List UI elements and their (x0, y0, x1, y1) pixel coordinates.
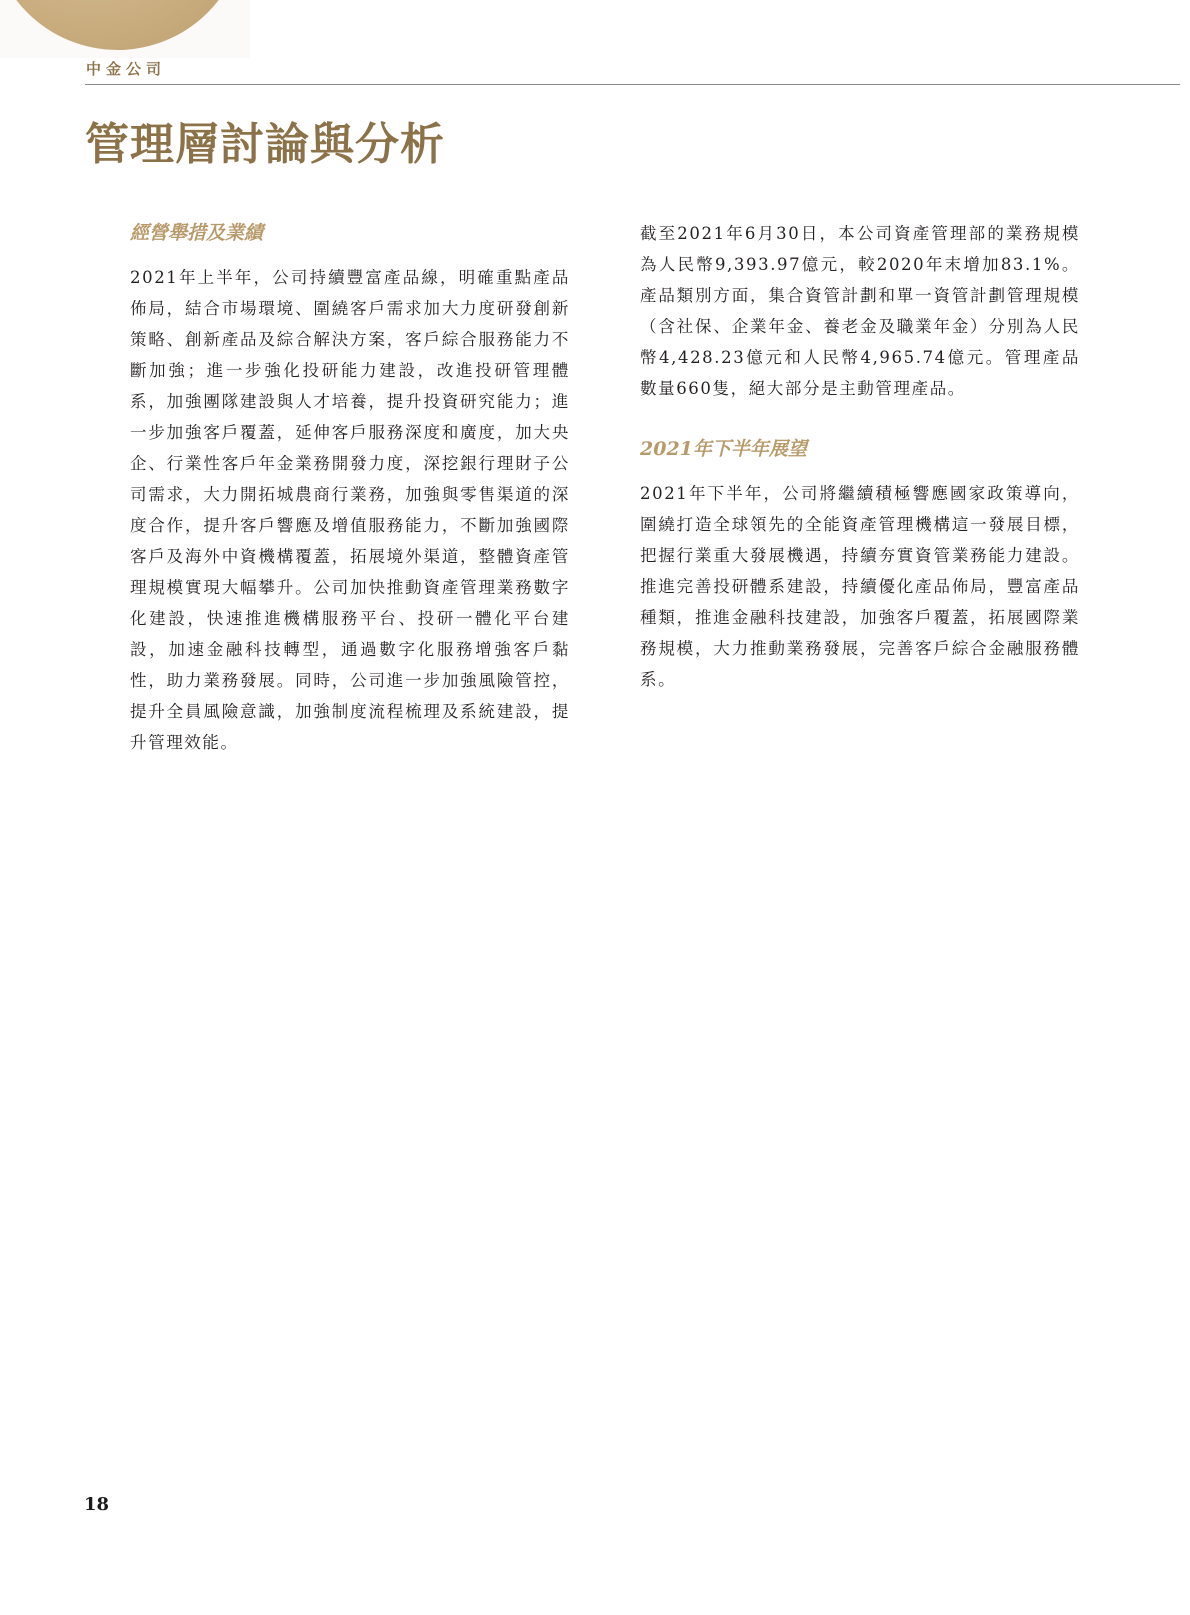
company-name: 中金公司 (86, 58, 166, 79)
section-heading-outlook: 2021年下半年展望 (640, 434, 1080, 464)
left-column: 經營舉措及業績 2021年上半年，公司持續豐富產品線，明確重點產品佈局，結合市場… (130, 218, 570, 758)
page-number: 18 (84, 1494, 109, 1515)
right-column: 截至2021年6月30日，本公司資產管理部的業務規模為人民幣9,393.97億元… (640, 218, 1080, 695)
header-divider (85, 84, 1180, 85)
page-title: 管理層討論與分析 (85, 108, 445, 172)
aum-paragraph: 截至2021年6月30日，本公司資產管理部的業務規模為人民幣9,393.97億元… (640, 218, 1080, 404)
section-spacer (640, 404, 1080, 434)
section-heading-operations: 經營舉措及業績 (130, 218, 570, 248)
outlook-paragraph: 2021年下半年，公司將繼續積極響應國家政策導向，圍繞打造全球領先的全能資產管理… (640, 478, 1080, 695)
operations-paragraph: 2021年上半年，公司持續豐富產品線，明確重點產品佈局，結合市場環境、圍繞客戶需… (130, 262, 570, 758)
